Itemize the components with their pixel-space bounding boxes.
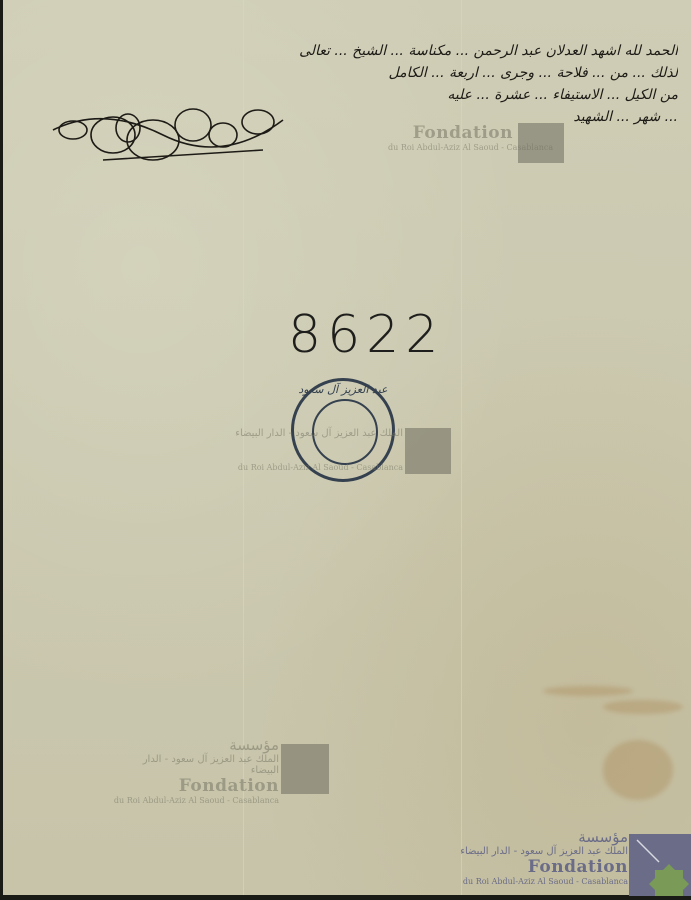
foundation-logo-icon <box>629 834 691 896</box>
watermark-faded: الملك عبد العزيز آل سعود - الدار البيضاء… <box>213 428 403 472</box>
watermark-arabic-title: مؤسسة <box>113 736 279 754</box>
watermark-arabic-subtitle: الملك عبد العزيز آل سعود - الدار البيضاء <box>428 846 628 857</box>
foundation-logo-icon <box>281 744 329 794</box>
foundation-logo-icon <box>518 123 564 163</box>
watermark-arabic-subtitle: الملك عبد العزيز آل سعود - الدار البيضاء <box>113 754 279 776</box>
watermark-french-subtitle: du Roi Abdul-Aziz Al Saoud - Casablanca <box>213 463 403 472</box>
watermark-french-subtitle: du Roi Abdul-Aziz Al Saoud - Casablanca <box>388 143 513 152</box>
watermark-faded: مؤسسة الملك عبد العزيز آل سعود - الدار ا… <box>113 736 279 805</box>
watermark-arabic-subtitle: الملك عبد العزيز آل سعود - الدار البيضاء <box>213 428 403 439</box>
watermark-french-title: Fondation <box>388 123 513 143</box>
catalog-number: 8622 <box>288 305 444 365</box>
script-line: الحمد لله اشهد العدلان عبد الرحمن ... مك… <box>23 40 678 62</box>
foundation-logo-icon <box>405 428 451 474</box>
watermark-french-title: Fondation <box>113 776 279 796</box>
watermark-french-title: Fondation <box>428 857 628 877</box>
document-page: الحمد لله اشهد العدلان عبد الرحمن ... مك… <box>3 0 691 895</box>
stain <box>543 686 633 696</box>
watermark-faded: Fondation du Roi Abdul-Aziz Al Saoud - C… <box>388 123 513 152</box>
watermark-french-subtitle: du Roi Abdul-Aziz Al Saoud - Casablanca <box>113 796 279 805</box>
watermark-arabic-title: مؤسسة <box>428 828 628 846</box>
stain <box>603 740 673 800</box>
watermark-french-subtitle: du Roi Abdul-Aziz Al Saoud - Casablanca <box>428 877 628 886</box>
stain <box>603 700 683 714</box>
watermark-foundation: مؤسسة الملك عبد العزيز آل سعود - الدار ا… <box>428 828 628 886</box>
stamp-text: عبد العزيز آل سعود <box>294 383 392 396</box>
script-line: لذلك ... من ... فلاحة ... وجرى ... اربعة… <box>23 62 678 84</box>
signature-flourish-icon <box>43 100 333 170</box>
